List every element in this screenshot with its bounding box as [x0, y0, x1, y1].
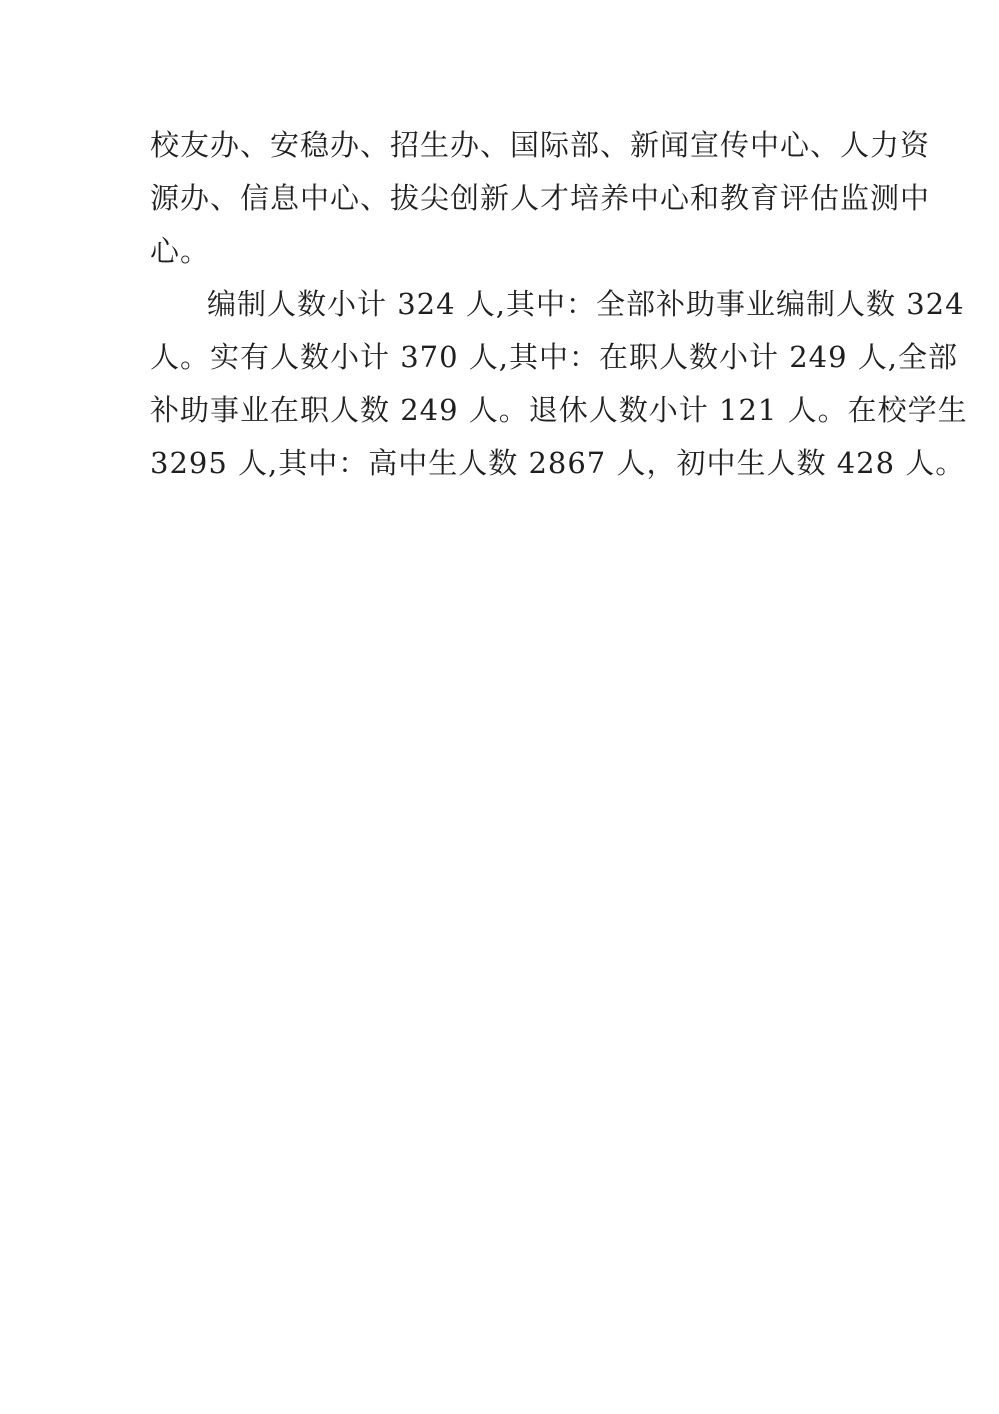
- text-line: 编制人数小计 324 人,其中：全部补助事业编制人数 324: [150, 278, 858, 331]
- text-line: 源办、信息中心、拔尖创新人才培养中心和教育评估监测中: [150, 172, 858, 225]
- paragraph-statistics: 编制人数小计 324 人,其中：全部补助事业编制人数 324 人。实有人数小计 …: [150, 278, 858, 490]
- text-line: 补助事业在职人数 249 人。退休人数小计 121 人。在校学生: [150, 384, 858, 437]
- text-line: 心。: [150, 225, 858, 278]
- paragraph-departments: 校友办、安稳办、招生办、国际部、新闻宣传中心、人力资 源办、信息中心、拔尖创新人…: [150, 119, 858, 278]
- page-text-block: 校友办、安稳办、招生办、国际部、新闻宣传中心、人力资 源办、信息中心、拔尖创新人…: [150, 119, 858, 490]
- text-line: 人。实有人数小计 370 人,其中：在职人数小计 249 人,全部: [150, 331, 858, 384]
- document-page: 校友办、安稳办、招生办、国际部、新闻宣传中心、人力资 源办、信息中心、拔尖创新人…: [0, 0, 999, 1414]
- text-line: 校友办、安稳办、招生办、国际部、新闻宣传中心、人力资: [150, 119, 858, 172]
- text-line: 3295 人,其中：高中生人数 2867 人，初中生人数 428 人。: [150, 437, 858, 490]
